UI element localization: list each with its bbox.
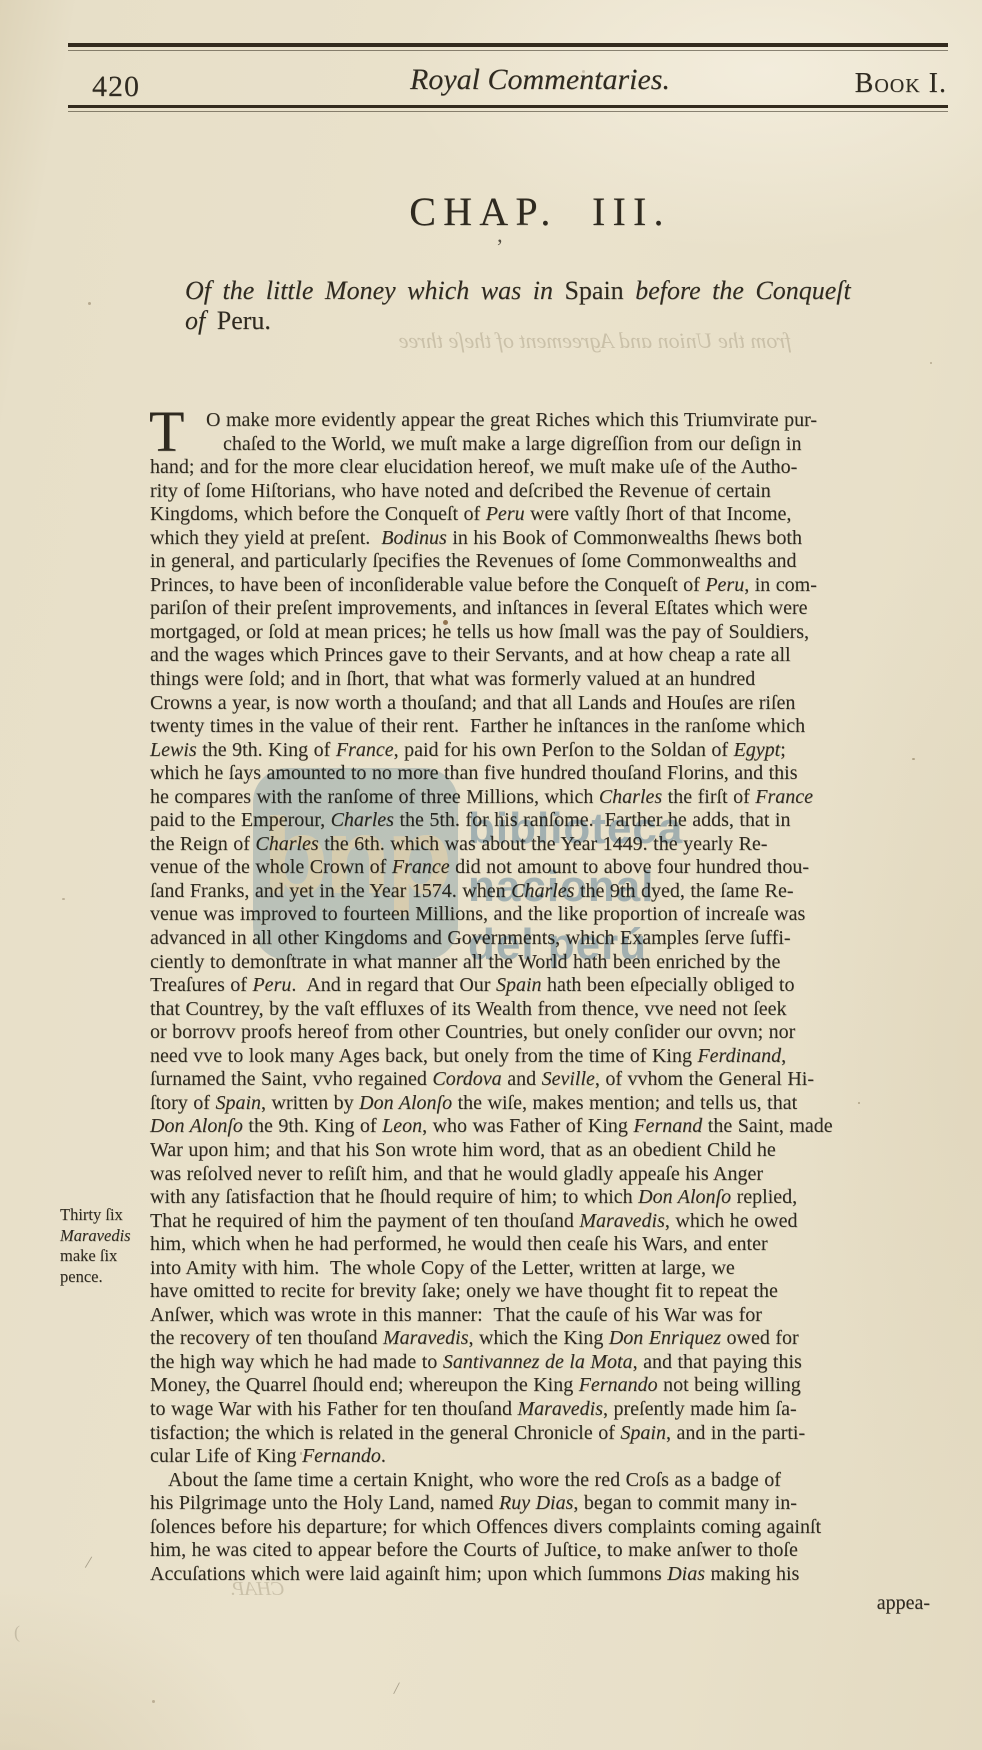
paper-speck <box>858 1102 860 1104</box>
body-line: ſand Franks, and yet in the Year 1574. w… <box>150 880 945 904</box>
body-line: Anſwer, which was wrote in this manner: … <box>150 1304 945 1328</box>
body-line: which he ſays amounted to no more than f… <box>150 762 945 786</box>
body-line: his Pilgrimage unto the Holy Land, named… <box>150 1492 945 1516</box>
body-line: O make more evidently appear the great R… <box>150 409 945 433</box>
ink-slash-mark: ( <box>14 1622 20 1643</box>
running-title: Royal Commentaries. <box>150 63 930 97</box>
subtitle-line: of Peru. <box>185 306 935 336</box>
body-line: Lewis the 9th. King of France, paid for … <box>150 739 945 763</box>
body-line: with any ſatisfaction that he ſhould req… <box>150 1186 945 1210</box>
body-line: was reſolved never to reſiſt him, and th… <box>150 1163 945 1187</box>
body-line: tisfaction; the which is related in the … <box>150 1422 945 1446</box>
body-line: War upon him; and that his Son wrote him… <box>150 1139 945 1163</box>
paper-speck <box>912 758 915 760</box>
body-line: Money, the Quarrel ſhould end; whereupon… <box>150 1374 945 1398</box>
paper-speck <box>88 302 91 305</box>
book-label: Book I. <box>855 68 947 100</box>
paper-speck <box>300 1452 302 1455</box>
body-text: O make more evidently appear the great R… <box>150 409 945 1586</box>
body-line: the high way which he had made to Santiv… <box>150 1351 945 1375</box>
body-line: That he required of him the payment of t… <box>150 1210 945 1234</box>
paper-speck <box>152 1700 155 1703</box>
body-line: which they yield at preſent. Bodinus in … <box>150 527 945 551</box>
paper-speck <box>502 1332 504 1334</box>
body-line: paid to the Emperour, Charles the 5th. f… <box>150 809 945 833</box>
body-line: him, he was cited to appear before the C… <box>150 1539 945 1563</box>
ink-slash-mark: / <box>393 1678 401 1699</box>
body-line: twenty times in the value of their rent.… <box>150 715 945 739</box>
paper-speck <box>930 362 932 364</box>
body-line: Crowns a year, is now worth a thouſand; … <box>150 692 945 716</box>
body-line: ſolences before his departure; for which… <box>150 1516 945 1540</box>
body-line: Treaſures of Peru. And in regard that Ou… <box>150 974 945 998</box>
body-line: ciently to demonſtrate in what manner al… <box>150 951 945 975</box>
body-line: and the wages which Princes gave to thei… <box>150 644 945 668</box>
page-number: 420 <box>92 70 140 104</box>
chapter-subtitle: Of the little Money which was in Spain b… <box>185 276 935 336</box>
body-line: mortgaged, or ſold at mean prices; he te… <box>150 621 945 645</box>
body-line: or borrovv proofs hereof from other Coun… <box>150 1021 945 1045</box>
chapter-heading: CHAP. III. <box>150 188 930 235</box>
body-line: pariſon of their preſent improvements, a… <box>150 597 945 621</box>
body-line: the recovery of ten thouſand Maravedis, … <box>150 1327 945 1351</box>
margin-note-line: Thirty ſix <box>60 1205 152 1226</box>
body-line: cular Life of King Fernando. <box>150 1445 945 1469</box>
body-line: into Amity with him. The whole Copy of t… <box>150 1257 945 1281</box>
paper-speck <box>582 70 585 73</box>
body-line: the Reign of Charles the 6th. which was … <box>150 833 945 857</box>
body-line: he compares with the ranſome of three Mi… <box>150 786 945 810</box>
body-line: things were ſold; and in ſhort, that wha… <box>150 668 945 692</box>
body-line: ſtory of Spain, written by Don Alonſo th… <box>150 1092 945 1116</box>
top-rule-thin <box>68 50 948 51</box>
body-line: Don Alonſo the 9th. King of Leon, who wa… <box>150 1115 945 1139</box>
paper-speck <box>700 478 702 480</box>
paper-speck <box>62 898 65 900</box>
header-rule-thick <box>68 105 948 108</box>
header-rule-thin <box>68 111 948 112</box>
body-line: chaſed to the World, we muſt make a larg… <box>150 433 945 457</box>
top-rule-thick <box>68 43 948 47</box>
margin-note-line: Maravedis <box>60 1226 152 1247</box>
verso-showthrough-bottom: CHAP. <box>230 1578 285 1601</box>
body-line: ſurnamed the Saint, vvho regained Cordov… <box>150 1068 945 1092</box>
margin-note-line: make ſix <box>60 1246 152 1267</box>
body-line: that Countrey, by the vaſt effluxes of i… <box>150 998 945 1022</box>
body-line: to wage War with his Father for ten thou… <box>150 1398 945 1422</box>
body-line: venue of the whole Crown of France did n… <box>150 856 945 880</box>
body-line: advanced in all other Kingdoms and Gover… <box>150 927 945 951</box>
ink-slash-mark: / <box>84 1552 93 1574</box>
body-line: in general, and particularly ſpecifies t… <box>150 550 945 574</box>
stray-ink-mark: ’ <box>496 234 503 260</box>
margin-note-line: pence. <box>60 1267 152 1288</box>
body-line: need vve to look many Ages back, but one… <box>150 1045 945 1069</box>
body-line: hand; and for the more clear elucidation… <box>150 456 945 480</box>
paper-speck <box>443 620 448 625</box>
book-page-scan: 420 Royal Commentaries. Book I. CHAP. II… <box>0 0 982 1750</box>
body-line: Princes, to have been of inconſiderable … <box>150 574 945 598</box>
body-line: Kingdoms, which before the Conqueſt of P… <box>150 503 945 527</box>
subtitle-line: Of the little Money which was in Spain b… <box>185 276 935 306</box>
body-line: venue was improved to fourteen Millions,… <box>150 903 945 927</box>
body-line: rity of ſome Hiſtorians, who have noted … <box>150 480 945 504</box>
body-line: have omitted to recite for brevity ſake;… <box>150 1280 945 1304</box>
body-line: him, which when he had performed, he wou… <box>150 1233 945 1257</box>
body-line: About the ſame time a certain Knight, wh… <box>150 1469 945 1493</box>
margin-note: Thirty ſixMaravedismake ſixpence. <box>60 1205 152 1287</box>
